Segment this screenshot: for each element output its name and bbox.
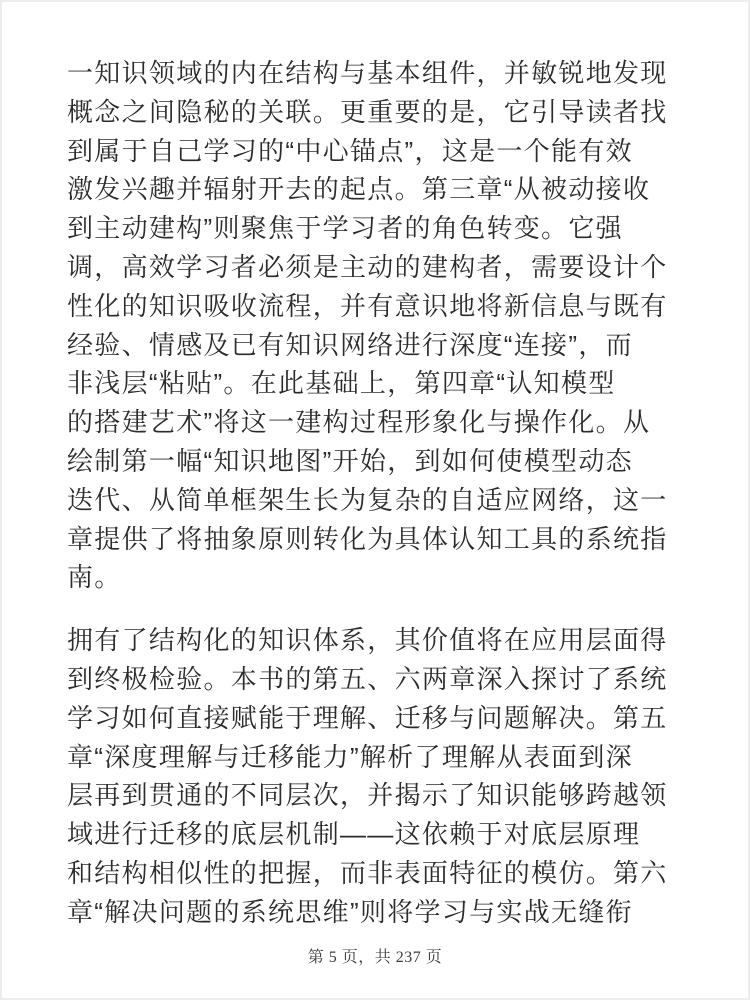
document-page: 一知识领域的内在结构与基本组件，并敏锐地发现 概念之间隐秘的关联。更重要的是，它… [0,0,750,1000]
text-line: 到终极检验。本书的第五、六两章深入探讨了系统 [67,660,669,699]
paragraph-2: 拥有了结构化的知识体系，其价值将在应用层面得 到终极检验。本书的第五、六两章深入… [67,621,669,931]
text-line: 非浅层“粘贴”。在此基础上，第四章“认知模型 [67,364,669,403]
text-line: 学习如何直接赋能于理解、迁移与问题解决。第五 [67,699,669,738]
text-line: 调，高效学习者必须是主动的建构者，需要设计个 [67,248,669,287]
text-line: 绘制第一幅“知识地图”开始，到如何使模型动态 [67,442,669,481]
text-line: 层再到贯通的不同层次，并揭示了知识能够跨越领 [67,776,669,815]
text-line: 章提供了将抽象原则转化为具体认知工具的系统指 [67,520,669,559]
text-line: 概念之间隐秘的关联。更重要的是，它引导读者找 [67,93,669,132]
text-line: 性化的知识吸收流程，并有意识地将新信息与既有 [67,287,669,326]
page-number-footer: 第 5 页，共 237 页 [2,948,748,968]
paragraph-1: 一知识领域的内在结构与基本组件，并敏锐地发现 概念之间隐秘的关联。更重要的是，它… [67,54,669,597]
text-line: 迭代、从简单框架生长为复杂的自适应网络，这一 [67,481,669,520]
page-body: 一知识领域的内在结构与基本组件，并敏锐地发现 概念之间隐秘的关联。更重要的是，它… [67,54,669,932]
text-line: 的搭建艺术”将这一建构过程形象化与操作化。从 [67,403,669,442]
text-line: 南。 [67,558,669,597]
text-line: 拥有了结构化的知识体系，其价值将在应用层面得 [67,621,669,660]
text-line: 经验、情感及已有知识网络进行深度“连接”，而 [67,326,669,365]
text-line: 到主动建构”则聚焦于学习者的角色转变。它强 [67,209,669,248]
text-line: 和结构相似性的把握，而非表面特征的模仿。第六 [67,854,669,893]
text-line: 章“解决问题的系统思维”则将学习与实战无缝衔 [67,893,669,932]
text-line: 章“深度理解与迁移能力”解析了理解从表面到深 [67,738,669,777]
text-line: 域进行迁移的底层机制——这依赖于对底层原理 [67,815,669,854]
text-line: 激发兴趣并辐射开去的起点。第三章“从被动接收 [67,170,669,209]
text-line: 一知识领域的内在结构与基本组件，并敏锐地发现 [67,54,669,93]
text-line: 到属于自己学习的“中心锚点”，这是一个能有效 [67,132,669,171]
